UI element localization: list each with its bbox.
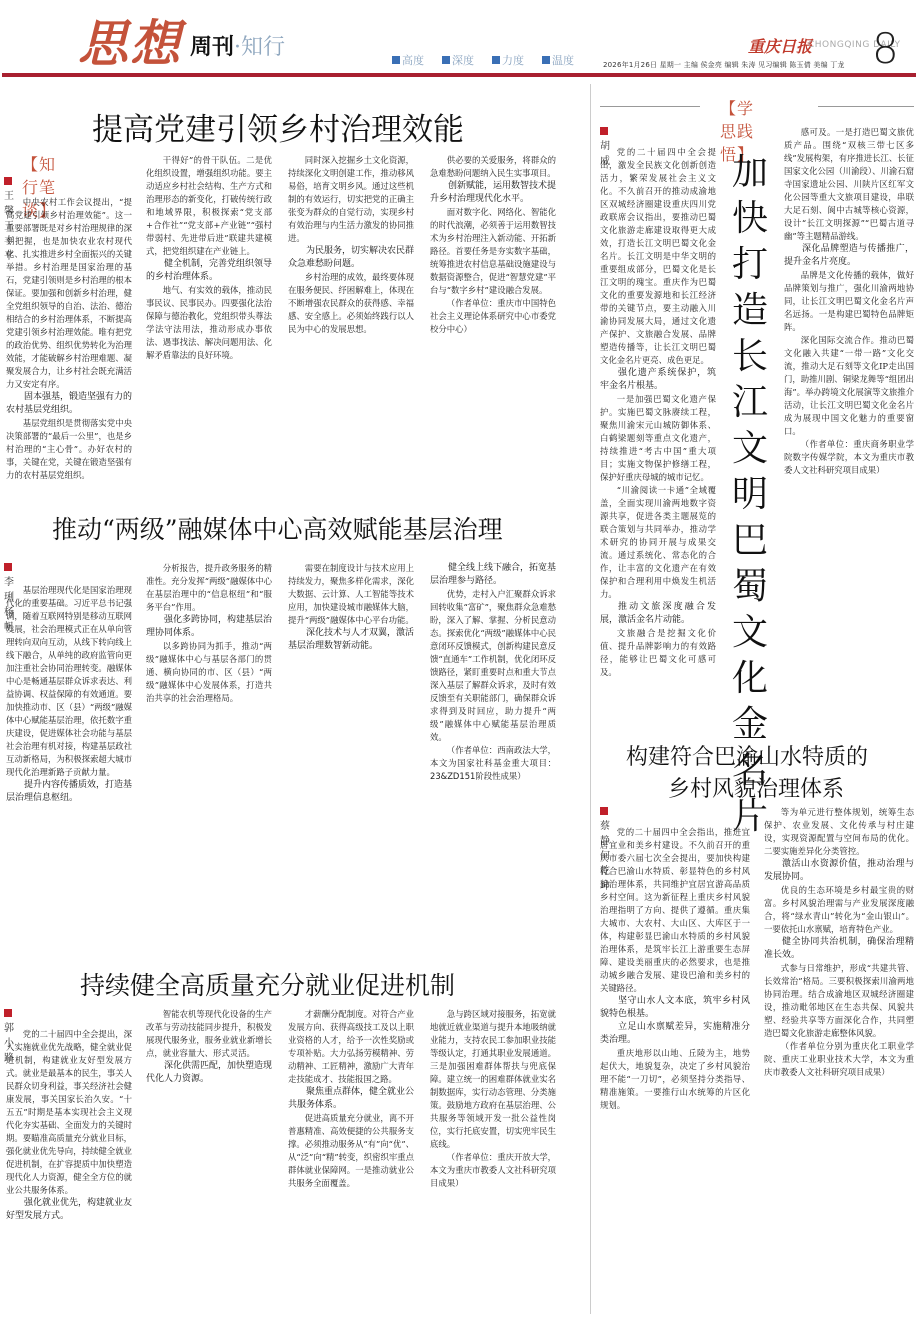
tag-depth: 深度 [442, 52, 474, 68]
paragraph: 地气、有实效的载体，推动民事民议、民事民办。四要强化法治保障与德治教化，党组织带… [146, 284, 272, 362]
article-column: 党的二十届四中全会提出，深入实施就业优先战略，健全就业促进机制，构建就业友好型发… [6, 1028, 132, 1318]
paragraph: “川渝阅读一卡通”全域覆盖，全面实现川渝两地数字资源共享，促进各类主题展览的联合… [600, 484, 716, 601]
paragraph: 优良的生态环境是乡村最宝贵的财富。乡村风貌治理需与产业发展深度融合，将“绿水青山… [764, 884, 914, 936]
article-column: 基层治理现代化是国家治理现代化的重要基础。习近平总书记强调，随着互联网特别是移动… [6, 584, 132, 914]
subheading: 推动文旅深度融合发展，激活金名片动能。 [600, 601, 716, 627]
paragraph: 分析报告，提升政务服务的精准性。充分发挥“两级”融媒体中心在基层治理中的“信息枢… [146, 562, 272, 614]
subheading: 健全机制，完善党组织领导的乡村治理体系。 [146, 258, 272, 284]
newspaper-logo: 重庆日报 [748, 34, 812, 57]
author-affiliation: （作者单位：重庆市中国特色社会主义理论体系研究中心市委党校分中心） [430, 297, 556, 336]
article-title[interactable]: 提高党建引领乡村治理效能 [92, 104, 464, 149]
paragraph: 急与跨区域对接服务，拓宽就地就近就业渠道与提升本地吸纳就业能力，支持农民工参加职… [430, 1008, 556, 1151]
author-affiliation: （作者单位：重庆开放大学，本文为重庆市教委人文社科研究项目成果） [430, 1151, 556, 1190]
section-logo: 思想 [78, 4, 182, 76]
tag-strength: 力度 [492, 52, 524, 68]
paragraph: 党的二十届四中全会提出，深入实施就业优先战略，健全就业促进机制，构建就业友好型发… [6, 1028, 132, 1197]
paragraph: 促进高质量充分就业，离不开普惠精准、高效便捷的公共服务支撑。必须推动服务从“有”… [288, 1112, 414, 1190]
paragraph: 干得好”的骨干队伍。二是优化组织设置，增强组织功能。要主动适应乡村社会结构、生产… [146, 154, 272, 258]
article-title-line1[interactable]: 构建符合巴渝山水特质的 [626, 740, 868, 771]
paragraph: 才薪酬分配制度。对符合产业发展方向、获得高级技工及以上职业资格的人才，给予一次性… [288, 1008, 414, 1086]
paragraph: 文旅融合是挖掘文化价值、提升品牌影响力的有效路径，能够让巴蜀文化可感可及。 [600, 627, 716, 679]
subheading: 深化技术与人才双翼，激活基层治理数智新动能。 [288, 627, 414, 653]
paragraph: 基层党组织是贯彻落实党中央决策部署的“最后一公里”，也是乡村治理的“主心骨”。办… [6, 417, 132, 482]
paragraph: 感可及。一是打造巴蜀文旅优质产品。围绕“双核三带七区多线”发展构架，有序推进长江… [784, 126, 914, 243]
article-title[interactable]: 持续健全高质量充分就业促进机制 [80, 966, 455, 1002]
subheading: 深化品牌塑造与传播推广，提升金名片亮度。 [784, 243, 914, 269]
paragraph: 面对数字化、网络化、智能化的时代浪潮，必须善于运用数智技术为乡村治理注入新动能、… [430, 206, 556, 297]
subheading: 健全线上线下融合，拓宽基层治理参与路径。 [430, 562, 556, 588]
masthead-rule [2, 73, 916, 77]
section-title: 周刊·知行 [190, 30, 285, 61]
article-column: 中央农村工作会议提出，“提高党建引领乡村治理效能”。这一重要部署既是对乡村治理规… [6, 196, 132, 496]
paragraph: 同时深入挖掘乡土文化资源，持续深化文明创建工作，推动移风易俗，培育文明乡风。通过… [288, 154, 414, 245]
article-column: 健全线上线下融合，拓宽基层治理参与路径。 优势，走村入户汇聚群众诉求回转收集“富… [430, 562, 556, 914]
paragraph: 智能农机等现代化设备的生产改革与劳动技能同步提升，积极发展现代服务业，服务业就业… [146, 1008, 272, 1060]
subheading: 立足山水禀赋差异，实施精准分类治理。 [600, 1021, 750, 1047]
article-column: 党的二十届四中全会提出，激发全民族文化创新创造活力，繁荣发展社会主义文化。不久前… [600, 146, 716, 706]
author-affiliation: （作者单位：重庆商务职业学院数字传媒学院，本文为重庆市教委人文社科研究项目成果） [784, 438, 914, 477]
paragraph: 等为单元进行整体规划，统筹生态保护、农业发展、文化传承与村庄建设，实现资源配置与… [764, 806, 914, 858]
paragraph: 党的二十届四中全会指出，推进宜居宜业和美乡村建设。不久前召开的重庆市委六届七次全… [600, 826, 750, 995]
subheading: 强化遗产系统保护，筑牢金名片根基。 [600, 367, 716, 393]
paragraph: 深化国际交流合作。推动巴蜀文化融入共建“一带一路”文化交流，推动大足石刻等文化I… [784, 334, 914, 438]
column-tag-rule-right [818, 106, 914, 107]
article-column: 党的二十届四中全会指出，推进宜居宜业和美乡村建设。不久前召开的重庆市委六届七次全… [600, 826, 750, 1316]
article-title[interactable]: 推动“两级”融媒体中心高效赋能基层治理 [52, 510, 503, 546]
edition-meta: 2026年1月26日 星期一 主编 侯金亮 编辑 朱涛 见习编辑 陈玉倩 美编 … [603, 60, 845, 70]
subheading: 强化多跨协同，构建基层治理协同体系。 [146, 614, 272, 640]
paragraph: 优势，走村入户汇聚群众诉求回转收集“富矿”，聚焦群众急难愁盼，深入了解、掌握、分… [430, 588, 556, 744]
article-column: 智能农机等现代化设备的生产改革与劳动技能同步提升，积极发展现代服务业，服务业就业… [146, 1008, 272, 1318]
column-divider [590, 84, 591, 1314]
article-column: 才薪酬分配制度。对符合产业发展方向、获得高级技工及以上职业资格的人才，给予一次性… [288, 1008, 414, 1318]
subheading: 为民服务，切实解决农民群众急难愁盼问题。 [288, 245, 414, 271]
paragraph: 以多跨协同为抓手，推动“两级”融媒体中心与基层各部门的贯通、横向协同的市、区（县… [146, 640, 272, 705]
article-column: 干得好”的骨干队伍。二是优化组织设置，增强组织功能。要主动适应乡村社会结构、生产… [146, 154, 272, 496]
subheading: 强化就业优先，构建就业友好型发展方式。 [6, 1197, 132, 1223]
article-column: 供必要的关爱服务，将群众的急难愁盼问题纳入民生实事项目。 创新赋能，运用数智技术… [430, 154, 556, 496]
masthead: 思想 周刊·知行 高度 深度 力度 温度 重庆日报 CHONGQING DAIL… [0, 0, 918, 76]
paragraph: 重庆地形以山地、丘陵为主，地势起伏大，地貌复杂，决定了乡村风貌治理不能“一刀切”… [600, 1047, 750, 1112]
paragraph: 乡村治理的成效，最终要体现在服务便民、纾困解难上，体现在不断增强农民群众的获得感… [288, 271, 414, 336]
tag-warmth: 温度 [542, 52, 574, 68]
article-column: 等为单元进行整体规划，统筹生态保护、农业发展、文化传承与村庄建设，实现资源配置与… [764, 806, 914, 1316]
subheading: 创新赋能，运用数智技术提升乡村治理现代化水平。 [430, 180, 556, 206]
column-tag-rule-left [600, 106, 700, 107]
paragraph: 品牌是文化传播的载体，做好品牌策划与推广，强化川渝两地协同，让长江文明巴蜀文化金… [784, 269, 914, 334]
paragraph: 需要在制度设计与技术应用上持续发力，聚焦多样化需求，深化大数据、云计算、人工智能… [288, 562, 414, 627]
subheading: 固本强基，锻造坚强有力的农村基层党组织。 [6, 391, 132, 417]
author-affiliation: （作者单位分别为重庆化工职业学院、重庆工业职业技术大学，本文为重庆市教委人文社科… [764, 1040, 914, 1079]
weekly-sub-label: ·知行 [234, 35, 285, 60]
tag-height: 高度 [392, 52, 424, 68]
article-column: 需要在制度设计与技术应用上持续发力，聚焦多样化需求，深化大数据、云计算、人工智能… [288, 562, 414, 914]
paragraph: 中央农村工作会议提出，“提高党建引领乡村治理效能”。这一重要部署既是对乡村治理规… [6, 196, 132, 391]
paragraph: 式参与日常维护，形成“共建共管、长效常治”格局。三要积极探索川渝两地协同治理。结… [764, 962, 914, 1040]
weekly-label: 周刊 [190, 34, 234, 60]
subheading: 坚守山水人文本底，筑牢乡村风貌特色根基。 [600, 995, 750, 1021]
article-column: 同时深入挖掘乡土文化资源，持续深化文明创建工作，推动移风易俗，培育文明乡风。通过… [288, 154, 414, 496]
article-title-vertical[interactable]: 加快打造长江文明巴蜀文化金名片 [728, 150, 772, 840]
article-column: 感可及。一是打造巴蜀文旅优质产品。围绕“双核三带七区多线”发展构架，有序推进长江… [784, 126, 914, 706]
subheading: 激活山水资源价值，推动治理与发展协同。 [764, 858, 914, 884]
paragraph: 基层治理现代化是国家治理现代化的重要基础。习近平总书记强调，随着互联网特别是移动… [6, 584, 132, 779]
article-column: 分析报告，提升政务服务的精准性。充分发挥“两级”融媒体中心在基层治理中的“信息枢… [146, 562, 272, 914]
paragraph: 一是加强巴蜀文化遗产保护。实施巴蜀文脉赓续工程，聚焦川渝宋元山城防御体系、白鹤梁… [600, 393, 716, 484]
article-column: 急与跨区域对接服务，拓宽就地就近就业渠道与提升本地吸纳就业能力，支持农民工参加职… [430, 1008, 556, 1318]
section-tags: 高度 深度 力度 温度 [392, 52, 574, 68]
subheading: 聚焦重点群体，健全就业公共服务体系。 [288, 1086, 414, 1112]
page-number: 8 [872, 28, 899, 70]
author-affiliation: （作者单位：西南政法大学，本文为国家社科基金重大项目：23&ZD151阶段性成果… [430, 744, 556, 783]
article-title-line2[interactable]: 乡村风貌治理体系 [668, 772, 844, 803]
paragraph: 党的二十届四中全会提出，激发全民族文化创新创造活力，繁荣发展社会主义文化。不久前… [600, 146, 716, 367]
subheading: 提升内容传播质效，打造基层治理信息枢纽。 [6, 779, 132, 805]
subheading: 健全协同共治机制，确保治理精准长效。 [764, 936, 914, 962]
subheading: 深化供需匹配，加快塑造现代化人力资源。 [146, 1060, 272, 1086]
paragraph: 供必要的关爱服务，将群众的急难愁盼问题纳入民生实事项目。 [430, 154, 556, 180]
